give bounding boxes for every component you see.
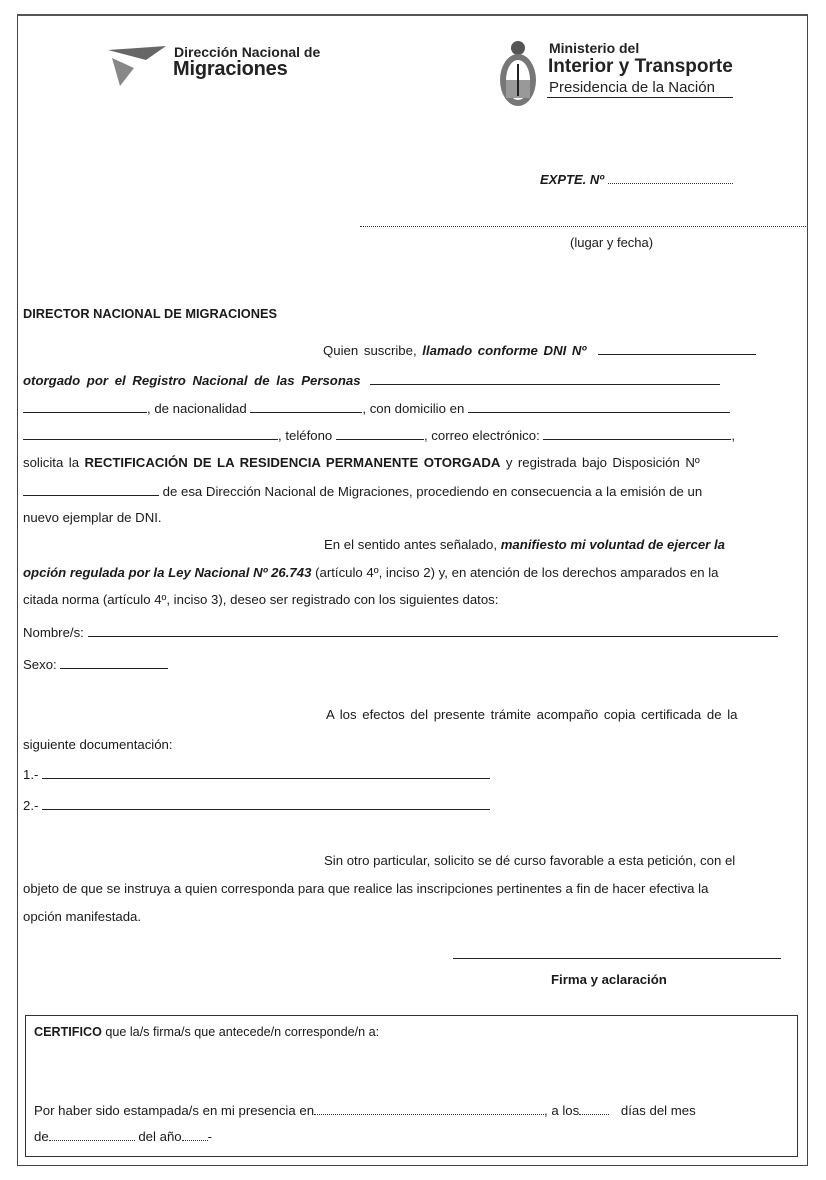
cert-month-field[interactable] — [49, 1129, 135, 1141]
nombre-row: Nombre/s: — [23, 624, 778, 641]
sexo-field[interactable] — [60, 656, 168, 669]
place-date-field[interactable] — [360, 226, 806, 227]
cert-a-los-text: , a los — [544, 1103, 579, 1118]
domicilio-field[interactable] — [468, 400, 730, 413]
p2-bold2: opción regulada por la Ley Nacional Nº 2… — [23, 565, 311, 580]
dni-field[interactable] — [598, 342, 756, 355]
p1-line3: , de nacionalidad , con domicilio en — [23, 400, 730, 417]
p1-intro: Quien suscribe, — [323, 343, 417, 358]
cert-day-field[interactable] — [579, 1103, 609, 1115]
rectificacion-title: RECTIFICACIÓN DE LA RESIDENCIA PERMANENT… — [85, 455, 501, 470]
cert-year-label: del año — [138, 1129, 181, 1144]
nombre-field[interactable] — [88, 624, 778, 637]
p1-registro-label: otorgado por el Registro Nacional de las… — [23, 373, 361, 388]
sexo-row: Sexo: — [23, 656, 168, 673]
doc1-label: 1.- — [23, 767, 38, 782]
p4-line3: opción manifestada. — [23, 909, 141, 925]
p1-line5: solicita la RECTIFICACIÓN DE LA RESIDENC… — [23, 455, 700, 471]
cert-dias-text: días del mes — [621, 1103, 696, 1118]
ministry-line3: Presidencia de la Nación — [549, 79, 715, 96]
telefono-field[interactable] — [336, 427, 424, 440]
cert-line1: CERTIFICO que la/s firma/s que antecede/… — [34, 1024, 379, 1040]
sexo-label: Sexo: — [23, 657, 57, 672]
cert-line3: de del año- — [34, 1129, 212, 1145]
argentina-coat-of-arms-icon — [497, 38, 539, 112]
nombre-label: Nombre/s: — [23, 625, 84, 640]
solicita-text: solicita la — [23, 455, 79, 470]
domicilio-label: , con domicilio en — [362, 401, 464, 416]
doc1-row: 1.- — [23, 766, 490, 783]
p3-line1: A los efectos del presente trámite acomp… — [326, 707, 737, 723]
p2-line1: En el sentido antes señalado, manifiesto… — [324, 537, 725, 553]
cert-presencia-text: Por haber sido estampada/s en mi presenc… — [34, 1103, 314, 1118]
cert-year-field[interactable] — [182, 1129, 208, 1141]
telefono-label: , teléfono — [278, 428, 332, 443]
p2-intro: En el sentido antes señalado, — [324, 537, 497, 552]
p1-line7: nuevo ejemplar de DNI. — [23, 510, 162, 526]
signature-field[interactable] — [453, 958, 781, 959]
expediente-row: EXPTE. Nº — [540, 172, 733, 188]
doc2-row: 2.- — [23, 797, 490, 814]
doc1-field[interactable] — [42, 766, 490, 779]
p1-line6: de esa Dirección Nacional de Migraciones… — [23, 483, 702, 500]
p2-bold1: manifiesto mi voluntad de ejercer la — [501, 537, 725, 552]
expediente-field[interactable] — [608, 172, 733, 184]
p4-line2: objeto de que se instruya a quien corres… — [23, 881, 708, 897]
cert-line2: Por haber sido estampada/s en mi presenc… — [34, 1103, 696, 1119]
p4-line1: Sin otro particular, solicito se dé curs… — [324, 853, 735, 869]
nacionalidad-field[interactable] — [250, 400, 362, 413]
registro-cont-field[interactable] — [23, 400, 147, 413]
ministry-line2: Interior y Transporte — [548, 56, 733, 78]
cert-line1-text: que la/s firma/s que antecede/n correspo… — [105, 1025, 379, 1039]
correo-label: , correo electrónico: — [424, 428, 540, 443]
disposicion-field[interactable] — [23, 483, 159, 496]
nacionalidad-label: , de nacionalidad — [147, 401, 247, 416]
p1-line2: otorgado por el Registro Nacional de las… — [23, 372, 720, 389]
comma: , — [731, 428, 735, 443]
migraciones-wing-logo — [106, 42, 168, 90]
p2-line3: citada norma (artículo 4º, inciso 3), de… — [23, 592, 498, 608]
cert-place-field[interactable] — [314, 1103, 544, 1115]
doc2-field[interactable] — [42, 797, 490, 810]
signature-caption: Firma y aclaración — [551, 972, 667, 988]
p1-line1: Quien suscribe, llamado conforme DNI Nº — [323, 342, 756, 359]
p3-line2: siguiente documentación: — [23, 737, 173, 753]
certifico-label: CERTIFICO — [34, 1025, 102, 1039]
p1-line4: , teléfono , correo electrónico: , — [23, 427, 735, 444]
p2-rest1: (artículo 4º, inciso 2) y, en atención d… — [315, 565, 718, 580]
ministry-line1: Ministerio del — [549, 40, 639, 56]
registro-field[interactable] — [370, 372, 720, 385]
correo-field[interactable] — [543, 427, 731, 440]
ministry-underline — [547, 97, 733, 98]
p2-line2: opción regulada por la Ley Nacional Nº 2… — [23, 565, 718, 581]
cert-dash: - — [208, 1129, 212, 1144]
p1-dni-label: llamado conforme DNI Nº — [422, 343, 586, 358]
doc2-label: 2.- — [23, 798, 38, 813]
domicilio-cont-field[interactable] — [23, 427, 278, 440]
place-date-caption: (lugar y fecha) — [570, 235, 653, 251]
addressee: DIRECTOR NACIONAL DE MIGRACIONES — [23, 306, 277, 322]
esa-text: de esa Dirección Nacional de Migraciones… — [163, 484, 703, 499]
agency-name-line2: Migraciones — [173, 58, 288, 81]
cert-de-text: de — [34, 1129, 49, 1144]
expediente-label: EXPTE. Nº — [540, 172, 604, 187]
registrada-text: y registrada bajo Disposición Nº — [506, 455, 700, 470]
